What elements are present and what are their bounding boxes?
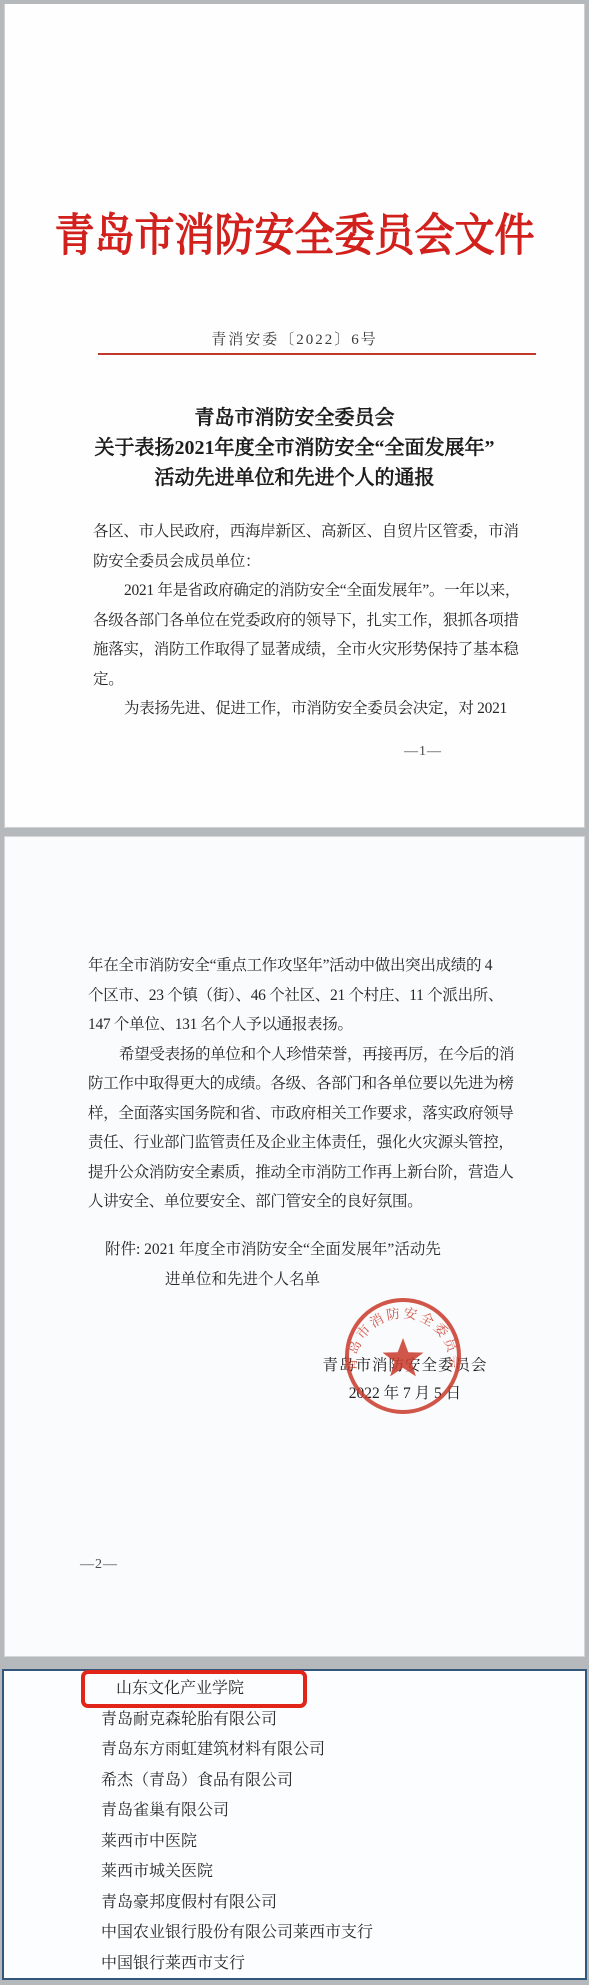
body-line: 样，全面落实国务院和省、市政府相关工作要求，落实政府领导	[88, 1099, 512, 1129]
title-line: 青岛市消防安全委员会	[5, 403, 584, 433]
body-line: 为表扬先进、促进工作，市消防安全委员会决定，对 2021	[93, 694, 517, 724]
red-highlight-box	[81, 1670, 307, 1708]
list-item: 莱西市中医院	[101, 1827, 541, 1858]
title-line: 活动先进单位和先进个人的通报	[5, 463, 584, 493]
body-line: 个区市、23 个镇（街）、46 个社区、21 个村庄、11 个派出所、	[88, 981, 512, 1011]
title-line: 关于表扬2021年度全市消防安全“全面发展年”	[5, 433, 584, 463]
body-line: 年在全市消防安全“重点工作攻坚年”活动中做出突出成绩的 4	[88, 951, 512, 981]
document-title: 青岛市消防安全委员会 关于表扬2021年度全市消防安全“全面发展年” 活动先进单…	[5, 403, 584, 493]
list-item: 青岛耐克森轮胎有限公司	[101, 1705, 541, 1736]
list-item: 青岛东方雨虹建筑材料有限公司	[101, 1735, 541, 1766]
attachment-note: 附件: 2021 年度全市消防安全“全面发展年”活动先 进单位和先进个人名单	[88, 1235, 518, 1295]
body-line: 希望受表扬的单位和个人珍惜荣誉，再接再厉，在今后的消	[88, 1040, 512, 1070]
page1-body-text: 各区、市人民政府，西海岸新区、高新区、自贸片区管委，市消 防安全委员会成员单位：…	[93, 517, 517, 724]
attachment-line: 附件: 2021 年度全市消防安全“全面发展年”活动先	[105, 1235, 518, 1265]
list-item: 青岛雀巢有限公司	[101, 1796, 541, 1827]
document-number: 青消安委〔2022〕6号	[5, 328, 584, 349]
page2-body-text: 年在全市消防安全“重点工作攻坚年”活动中做出突出成绩的 4 个区市、23 个镇（…	[88, 951, 512, 1217]
body-line: 人讲安全、单位要安全、部门管安全的良好氛围。	[88, 1187, 512, 1217]
seal-star-icon	[383, 1338, 424, 1376]
attachment-line: 进单位和先进个人名单	[165, 1265, 518, 1295]
body-line: 各区、市人民政府，西海岸新区、高新区、自贸片区管委，市消	[93, 517, 517, 547]
body-line: 定。	[93, 665, 517, 695]
list-item: 希杰（青岛）食品有限公司	[101, 1766, 541, 1797]
body-line: 提升公众消防安全素质，推动全市消防工作再上新台阶，营造人	[88, 1158, 512, 1188]
list-item: 中国银行莱西市支行	[101, 1949, 541, 1980]
body-line: 各级各部门各单位在党委政府的领导下，扎实工作，狠抓各项措	[93, 606, 517, 636]
masthead-title: 青岛市消防安全委员会文件	[5, 200, 584, 264]
honoree-list: 山东文化产业学院 青岛耐克森轮胎有限公司 青岛东方雨虹建筑材料有限公司 希杰（青…	[101, 1674, 541, 1979]
list-item: 中国农业银行股份有限公司莱西市支行	[101, 1918, 541, 1949]
body-line: 施落实，消防工作取得了显著成绩，全市火灾形势保持了基本稳	[93, 635, 517, 665]
body-line: 责任、行业部门监管责任及企业主体责任，强化火灾源头管控，	[88, 1128, 512, 1158]
red-divider-rule	[98, 353, 536, 355]
body-line: 防安全委员会成员单位：	[93, 547, 517, 577]
document-page-1: 青岛市消防安全委员会文件 青消安委〔2022〕6号 青岛市消防安全委员会 关于表…	[4, 4, 585, 828]
body-line: 2021 年是省政府确定的消防安全“全面发展年”。一年以来，	[93, 576, 517, 606]
body-line: 防工作中取得更大的成绩。各级、各部门和各单位要以先进为榜	[88, 1069, 512, 1099]
body-line: 147 个单位、131 名个人予以通报表扬。	[88, 1010, 512, 1040]
list-item: 青岛豪邦度假村有限公司	[101, 1888, 541, 1919]
official-red-seal: 青岛市消防安全委员会	[341, 1294, 465, 1418]
page-number-2: —2—	[80, 1557, 118, 1573]
page-number-1: —1—	[404, 744, 442, 760]
document-viewer: 青岛市消防安全委员会文件 青消安委〔2022〕6号 青岛市消防安全委员会 关于表…	[0, 0, 589, 1985]
list-item: 莱西市城关医院	[101, 1857, 541, 1888]
